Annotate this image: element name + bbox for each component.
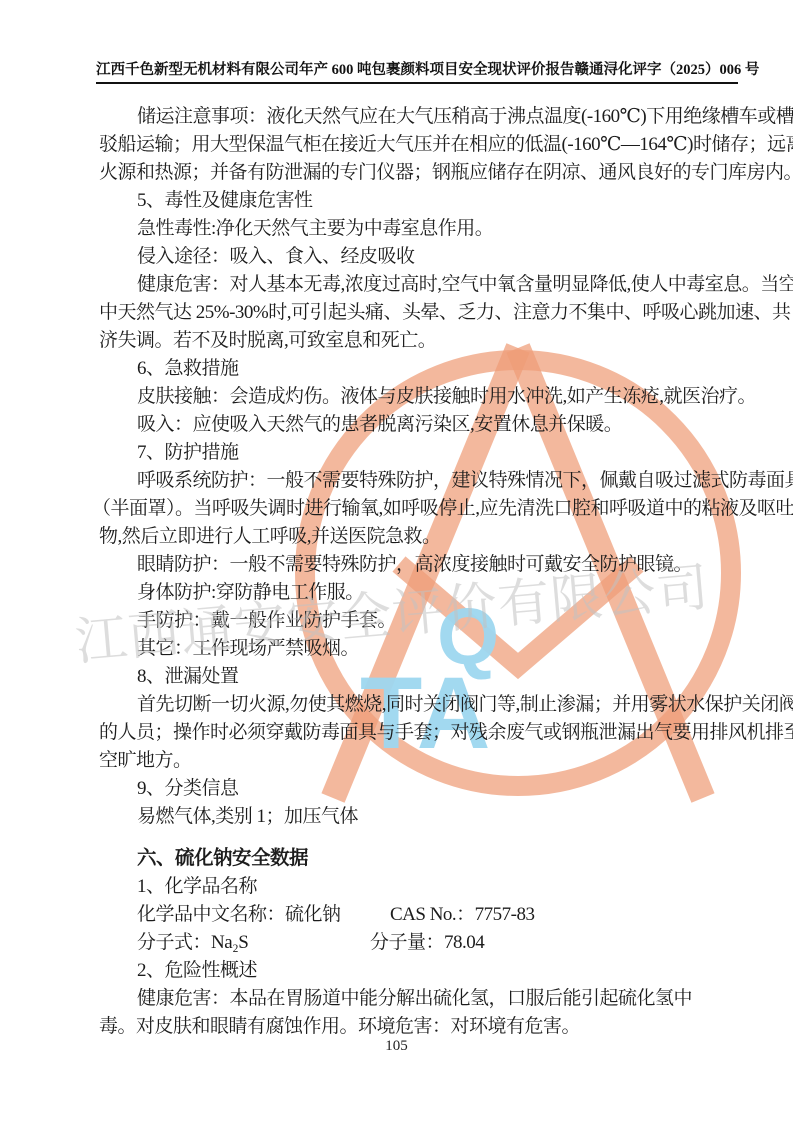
text-line: 驳船运输；用大型保温气柜在接近大气压并在相应的低温(-160℃—164℃)时储存… — [99, 131, 744, 159]
text-line: （半面罩）。当呼吸失调时进行输氧,如呼吸停止,应先清洗口腔和呼吸道中的粘液及呕吐 — [92, 495, 744, 523]
text-line: 健康危害：本品在胃肠道中能分解出硫化氢，口服后能引起硫化氢中 — [99, 985, 744, 1013]
document-page: Q TA 江西通安安全评价有限公司 江西千色新型无机材料有限公司年产 600 吨… — [0, 0, 793, 1122]
text-line: 首先切断一切火源,勿使其燃烧,同时关闭阀门等,制止渗漏；并用雾状水保护关闭阀门 — [99, 691, 744, 719]
text-line: 5、毒性及健康危害性 — [99, 187, 744, 215]
text-line-right-column: 分子量：78.04 — [370, 929, 484, 957]
text-line: 皮肤接触：会造成灼伤。液体与皮肤接触时用水冲洗,如产生冻疮,就医治疗。 — [99, 383, 744, 411]
text-line: 1、化学品名称 — [99, 873, 744, 901]
text-line: 9、分类信息 — [99, 775, 744, 803]
text-line: 中天然气达 25%-30%时,可引起头痛、头晕、乏力、注意力不集中、呼吸心跳加速… — [99, 299, 744, 327]
text-line: 侵入途径：吸入、食入、经皮吸收 — [99, 243, 744, 271]
text-line: 6、急救措施 — [99, 355, 744, 383]
text-line: 毒。对皮肤和眼睛有腐蚀作用。环境危害：对环境有危害。 — [99, 1013, 744, 1041]
text-line: 空旷地方。 — [99, 747, 744, 775]
header-document-number: 赣通浔化评字（2025）006 号 — [575, 58, 760, 79]
text-line-right-column: CAS No.：7757-83 — [390, 901, 535, 929]
text-line: 易燃气体,类别 1；加压气体 — [99, 803, 744, 831]
text-line: 7、防护措施 — [99, 439, 744, 467]
text-line-left: 分子式：Na₂S — [137, 932, 248, 953]
text-line: 化学品中文名称：硫化钠CAS No.：7757-83 — [99, 901, 744, 929]
text-line: 2、危险性概述 — [99, 957, 744, 985]
text-line: 六、硫化钠安全数据 — [99, 845, 744, 873]
text-line: 济失调。若不及时脱离,可致室息和死亡。 — [99, 327, 744, 355]
text-line: 分子式：Na₂S分子量：78.04 — [99, 929, 744, 957]
header-report-title: 江西千色新型无机材料有限公司年产 600 吨包裹颜料项目安全现状评价报告 — [96, 58, 575, 79]
text-line: 8、泄漏处置 — [99, 663, 744, 691]
page-number: 105 — [0, 1038, 793, 1055]
text-line: 储运注意事项：液化天然气应在大气压稍高于沸点温度(-160℃)下用绝缘槽车或槽式 — [99, 103, 744, 131]
text-line: 急性毒性:净化天然气主要为中毒室息作用。 — [99, 215, 744, 243]
page-header: 江西千色新型无机材料有限公司年产 600 吨包裹颜料项目安全现状评价报告 赣通浔… — [96, 58, 738, 84]
text-line-left: 化学品中文名称：硫化钠 — [137, 904, 341, 925]
text-line: 物,然后立即进行人工呼吸,并送医院急救。 — [99, 523, 744, 551]
text-line: 吸入：应使吸入天然气的患者脱离污染区,安置休息并保暖。 — [99, 411, 744, 439]
text-line: 呼吸系统防护：一般不需要特殊防护，建议特殊情况下，佩戴自吸过滤式防毒面具 — [99, 467, 744, 495]
text-line: 的人员；操作时必须穿戴防毒面具与手套；对残余废气或钢瓶泄漏出气要用排风机排至 — [99, 719, 744, 747]
text-line: 火源和热源；并备有防泄漏的专门仪器；钢瓶应储存在阴凉、通风良好的专门库房内。 — [99, 159, 744, 187]
text-line: 健康危害：对人基本无毒,浓度过高时,空气中氧含量明显降低,使人中毒室息。当空气 — [99, 271, 744, 299]
